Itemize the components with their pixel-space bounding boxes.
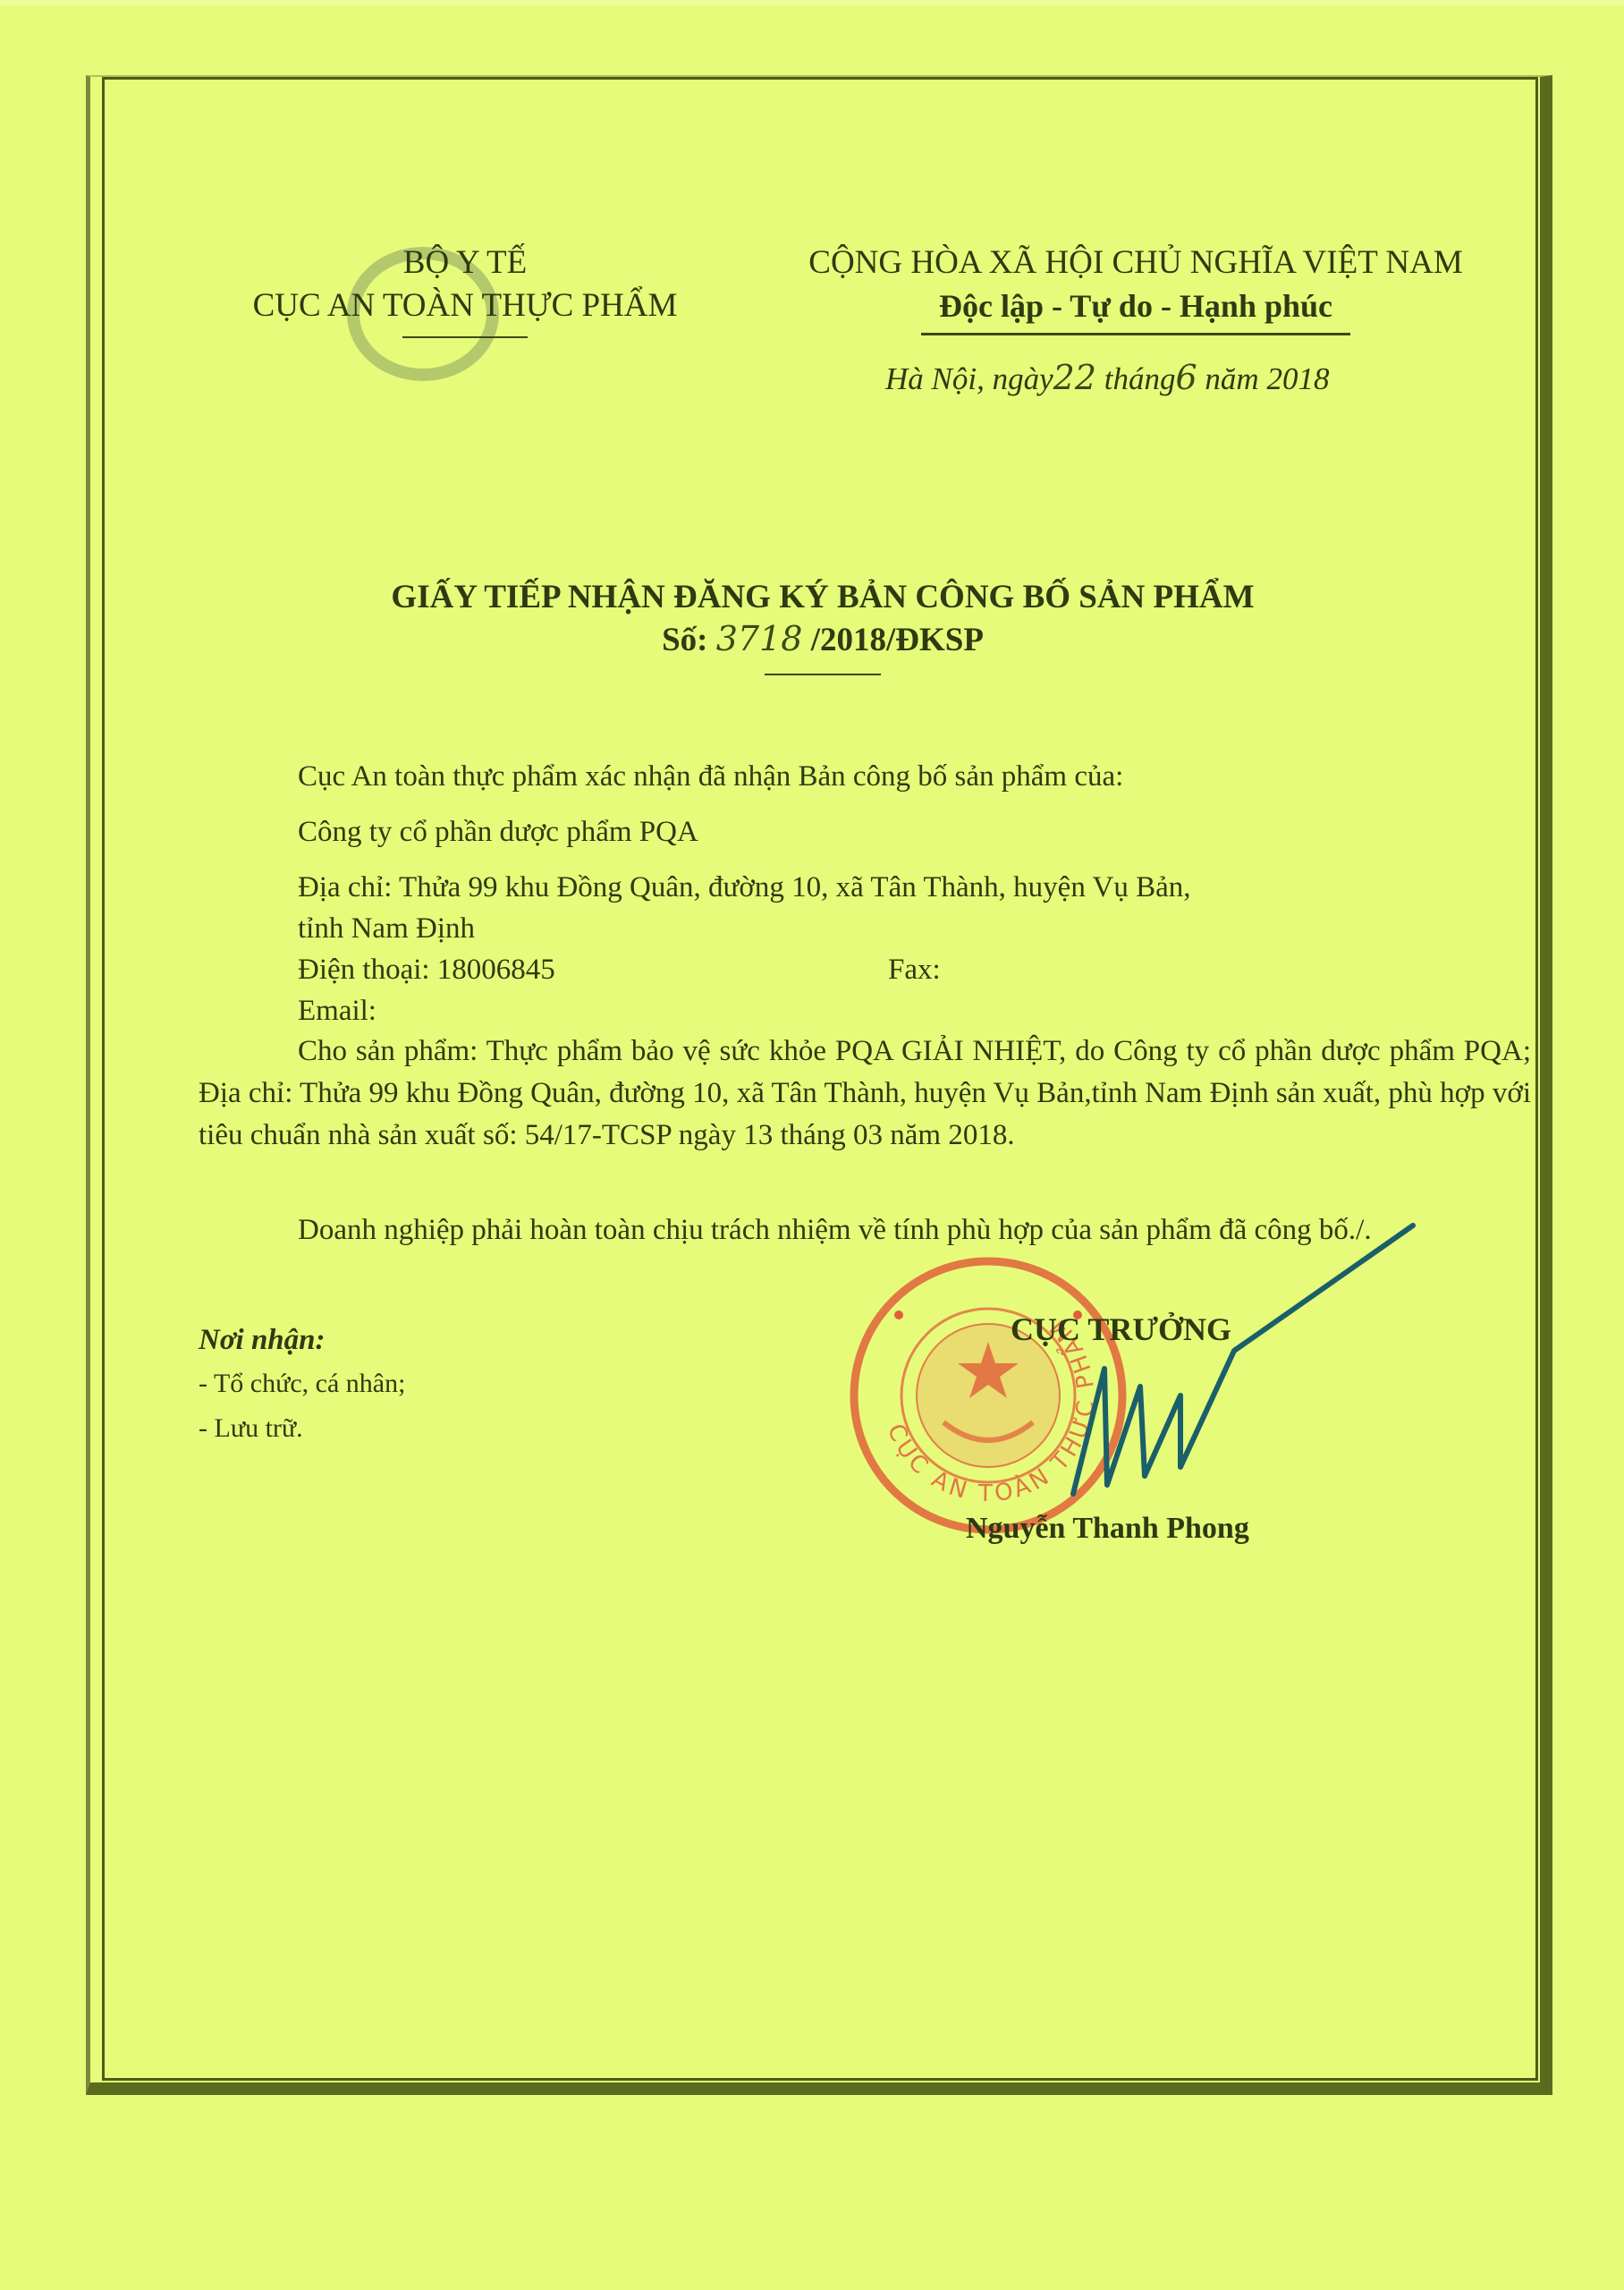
signer-name: Nguyễn Thanh Phong — [966, 1512, 1249, 1546]
fax: Fax: — [888, 952, 941, 988]
issue-date: Hà Nội, ngày22 tháng6 năm 2018 — [885, 358, 1329, 397]
scan-edge-mark — [1544, 1029, 1551, 1261]
document-number: Số: 3718 /2018/ĐKSP — [268, 618, 1377, 661]
issuing-agency-header: BỘ Y TẾ CỤC AN TOÀN THỰC PHẨM — [206, 242, 724, 338]
handwritten-day: 22 — [1053, 358, 1096, 397]
divider — [402, 336, 528, 338]
address-line-1: Địa chỉ: Thửa 99 khu Đồng Quân, đường 10… — [298, 869, 1190, 905]
intro-text: Cục An toàn thực phẩm xác nhận đã nhận B… — [298, 759, 1123, 794]
company-name: Công ty cổ phần dược phẩm PQA — [298, 814, 698, 850]
national-motto: Độc lập - Tự do - Hạnh phúc — [751, 284, 1520, 327]
product-paragraph: Cho sản phẩm: Thực phẩm bảo vệ sức khỏe … — [199, 1030, 1531, 1157]
scan-artifact — [0, 0, 1624, 5]
divider — [765, 674, 881, 675]
divider — [921, 333, 1350, 335]
handwritten-month: 6 — [1175, 358, 1197, 397]
document-title: GIẤY TIẾP NHẬN ĐĂNG KÝ BẢN CÔNG BỐ SẢN P… — [268, 577, 1377, 675]
address-line-2: tỉnh Nam Định — [298, 911, 475, 946]
country-name: CỘNG HÒA XÃ HỘI CHỦ NGHĨA VIỆT NAM — [751, 242, 1520, 284]
handwritten-number: 3718 — [716, 619, 803, 658]
signature-icon — [1055, 1208, 1431, 1530]
national-header: CỘNG HÒA XÃ HỘI CHỦ NGHĨA VIỆT NAM Độc l… — [751, 242, 1520, 335]
recipient-item: - Lưu trữ. — [199, 1413, 303, 1444]
recipients-label: Nơi nhận: — [199, 1324, 326, 1357]
email: Email: — [298, 993, 376, 1029]
phone: Điện thoại: 18006845 — [298, 952, 555, 988]
recipient-item: - Tổ chức, cá nhân; — [199, 1369, 405, 1399]
title-heading: GIẤY TIẾP NHẬN ĐĂNG KÝ BẢN CÔNG BỐ SẢN P… — [268, 577, 1377, 618]
ministry-name: BỘ Y TẾ — [206, 242, 724, 284]
agency-name: CỤC AN TOÀN THỰC PHẨM — [206, 284, 724, 327]
